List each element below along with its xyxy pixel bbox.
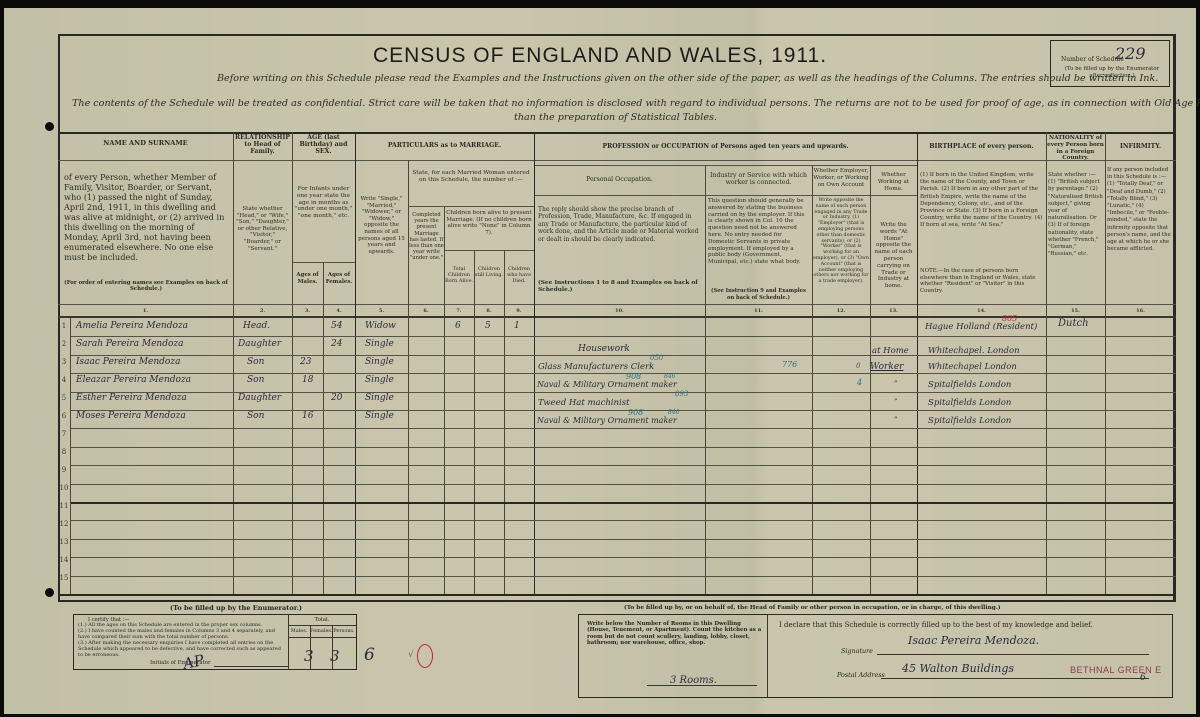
row-rule [70,392,1176,393]
row-number: 3 [58,358,70,366]
row-number: 8 [58,448,70,456]
col-number: 12. [812,308,870,314]
row6-birthplace[interactable]: Spitalfields London [928,416,1011,426]
col11-instructions: This question should generally be answer… [708,198,809,266]
row4-age-male[interactable]: 18 [302,375,313,385]
col-number: 14. [917,308,1046,314]
row-rule [70,576,1176,577]
row6-age-male[interactable]: 16 [302,411,313,421]
married-woman-subrule [408,206,534,207]
header-bottom-rule [58,304,1176,305]
row-number: 4 [58,376,70,384]
row5-marriage[interactable]: Single [365,393,394,403]
address-line [881,678,1149,679]
row-number: 5 [58,394,70,402]
row3-age-male[interactable]: 23 [300,357,311,367]
signature-label: Signature [841,647,873,655]
col3-heading: AGE (last Birthday) and SEX. [292,134,355,156]
occupier-divider [767,615,768,697]
row5-age-female[interactable]: 20 [331,393,342,403]
row-number: 7 [58,430,70,438]
subtitle-confidential: The contents of the Schedule will be tre… [72,98,1200,109]
col-divider [233,132,234,594]
row3-occupation-code: 050 [650,354,663,362]
col6-instructions: Completed years the present Marriage has… [409,212,444,262]
row6-occupation-code-2: 846 [668,409,679,416]
row3-employer-code: 0 [856,362,860,370]
col3-instructions: For Infants under one year state the age… [294,186,353,220]
enumerator-heading: (To be filled up by the Enumerator.) [170,604,302,612]
married-woman-group: State, for each Married Woman entered on… [410,170,532,184]
schedule-number-value[interactable]: 229 [1115,44,1146,63]
declaration: I declare that this Schedule is correctl… [779,621,1093,629]
row4-occupation[interactable]: Naval & Military Ornament maker [537,380,677,389]
row2-marriage[interactable]: Single [365,339,394,349]
col-number: 2. [233,308,292,314]
col-number: 13. [870,308,917,314]
col-number: 7. [444,308,474,314]
row3-birthplace[interactable]: Whitechapel London [928,362,1017,372]
check-mark-icon: √ [408,650,414,660]
row-number: 6 [58,412,70,420]
occupation-subrule [534,165,917,166]
row3-employer-worker[interactable]: Worker [870,362,903,372]
row1-birthplace[interactable]: Hague Holland (Resident) [925,322,1037,332]
col7-instructions: Total Children Born Alive. [444,266,474,284]
total-persons[interactable]: 6 [364,645,375,665]
total-rule [288,625,356,626]
row-number: 2 [58,340,70,348]
row-number: 15 [58,574,70,582]
row6-occupation[interactable]: Naval & Military Ornament maker [537,416,677,425]
row6-occupation-code: 908 [628,408,643,417]
schedule-number-note: (To be filled up by the Enumerator after… [1059,66,1165,79]
col10-heading: PROFESSION or OCCUPATION of Persons aged… [534,143,917,150]
col-divider [917,132,918,594]
col13-instructions: Write the words "At Home" opposite the n… [871,222,916,290]
row6-relationship[interactable]: Son [247,411,264,421]
row4-employer-code: 4 [857,378,862,387]
row-number: 1 [58,322,70,330]
row-number: 10 [58,484,70,492]
col-divider [355,132,356,594]
row1-relationship[interactable]: Head. [243,321,270,331]
total-females[interactable]: 3 [330,647,340,665]
row-rule [70,465,1176,466]
col-number: 4. [323,308,355,314]
row1-born-alive[interactable]: 6 [455,321,461,331]
col-number: 9. [504,308,534,314]
col-divider [504,250,505,594]
col-divider [474,250,475,594]
persons-label: Persons. [332,628,356,634]
initials-line [214,666,288,667]
table-bottom-rule [58,594,1176,596]
col-divider [1046,132,1047,594]
row-rule [70,373,1176,374]
row3-relationship[interactable]: Son [247,357,264,367]
col-number: 10. [534,308,705,314]
col11-sub: Industry or Service with which worker is… [707,172,810,186]
row4-birthplace[interactable]: Spitalfields London [928,380,1011,390]
row-rule [70,447,1176,448]
row2-age-female[interactable]: 24 [331,339,342,349]
total-rule [288,637,356,638]
occupier-heading: (To be filled up by, or on behalf of, th… [624,605,1001,611]
col10-note: (See Instructions 1 to 8 and Examples on… [538,280,701,294]
row-number: 14 [58,556,70,564]
col10-sub: Personal Occupation. [534,176,705,183]
row-rule [70,484,1176,485]
col-divider [534,132,535,594]
row6-employer-worker[interactable]: ” [894,416,898,424]
row1-nationality[interactable]: Dutch [1058,318,1089,329]
subtitle-instructions: Before writing on this Schedule please r… [217,73,1158,84]
col-number: 6. [408,308,444,314]
row4-relationship[interactable]: Son [247,375,264,385]
col14-note: NOTE.—In the case of persons born elsewh… [920,268,1044,294]
col12-sub: Whether Employer, Worker, or Working on … [812,168,870,188]
col-divider [444,206,445,594]
enumerator-box: I certify that :— (1.) All the ages on t… [73,614,357,670]
col10-instructions: The reply should show the precise branch… [538,206,701,243]
col13-sub: Whether Working at Home. [870,172,917,192]
col-number: 3. [292,308,323,314]
row2-birthplace[interactable]: Whitechapel. London [928,346,1020,356]
row6-name[interactable]: Moses Pereira Mendoza [76,411,186,421]
row-number: 11 [58,502,70,510]
row2-at-home[interactable]: at Home [872,346,909,356]
punch-hole [45,122,54,131]
row5-name[interactable]: Esther Pereira Mendoza [76,393,187,403]
col14-heading: BIRTHPLACE of every person. [917,143,1046,150]
col1-heading: NAME AND SURNAME [58,140,233,147]
row5-relationship[interactable]: Daughter [238,393,281,403]
row-number-divider [70,318,71,594]
col-divider [1105,132,1106,594]
row2-name[interactable]: Sarah Pereira Mendoza [76,339,184,349]
col16-instructions: If any person included in this Schedule … [1107,167,1171,253]
row-rule [70,410,1176,411]
col16-heading: INFIRMITY. [1105,143,1176,150]
females-label: Females. [310,628,332,634]
row5-occupation[interactable]: Tweed Hat machinist [538,398,630,408]
col4-sub: Ages of Females. [323,272,355,286]
header-top-rule [58,132,1176,134]
row-rule [70,336,1176,337]
col9-instructions: Children who have Died. [504,266,534,284]
total-label: Total. [288,617,356,623]
subtitle-statistical: than the preparation of Statistical Tabl… [514,112,717,123]
signature-value[interactable]: Isaac Pereira Mendoza. [908,634,1039,647]
col12-instructions: Write opposite the name of each person e… [813,198,869,285]
col3-sub: Ages of Males. [292,272,323,286]
row2-occupation[interactable]: Housework [578,344,630,354]
row3-name[interactable]: Isaac Pereira Mendoza [76,357,180,367]
row4-occupation-code: 908 [626,372,641,381]
row-number: 13 [58,538,70,546]
address-mark: 6 [1140,673,1146,683]
row1-birthplace-code: 805 [1002,314,1017,323]
children-subrule [444,250,534,251]
row1-died[interactable]: 1 [514,321,520,331]
row-number: 12 [58,520,70,528]
row4-name[interactable]: Eleazar Pereira Mendoza [76,375,191,385]
occupation-subrule-2 [534,195,917,196]
males-label: Males. [288,628,310,634]
row6-marriage[interactable]: Single [365,411,394,421]
total-males[interactable]: 3 [304,647,314,665]
row3-occupation[interactable]: Glass Manufacturers Clerk [538,362,654,372]
col-number: 11. [705,308,812,314]
total-divider [288,615,289,669]
col-number: 15. [1046,308,1105,314]
row3-marriage[interactable]: Single [365,357,394,367]
red-circle-mark-icon [417,644,433,668]
occupier-box: Write below the Number of Rooms in this … [578,614,1173,698]
col1-note: (For order of entering names see Example… [64,280,228,292]
rooms-instruction: Write below the Number of Rooms in this … [587,621,762,647]
col-number: 5. [355,308,408,314]
row2-relationship[interactable]: Daughter [238,339,281,349]
header-rule [58,160,1176,161]
certify-item-2: (2.) I have counted the males and female… [78,629,286,641]
col-divider [292,132,293,594]
row4-occupation-code-2: 846 [664,373,675,380]
row5-birthplace[interactable]: Spitalfields London [928,398,1011,408]
row1-living[interactable]: 5 [485,321,491,331]
row-number: 9 [58,466,70,474]
row-rule [70,502,1176,504]
schedule-number-box: Number of Schedule 229 (To be filled up … [1050,40,1170,87]
address-label: Postal Address [837,671,885,679]
col15-instructions: State whether :— (1) "British subject by… [1048,172,1103,258]
col2-instructions: State whether "Head," or "Wife," "Son," … [235,206,290,252]
col14-instructions: (1) If born in the United Kingdom, write… [920,172,1044,230]
col2-heading: RELATIONSHIP to Head of Family. [233,134,292,156]
col-number: 16. [1105,308,1176,314]
row1-marriage[interactable]: Widow [365,321,396,331]
col-number: 8. [474,308,504,314]
col8-instructions: Children still Living. [474,266,504,278]
col-divider [705,165,706,594]
row1-age-female[interactable]: 54 [331,321,342,331]
row3-industry-code: 776 [782,360,797,369]
row4-employer-worker[interactable]: ” [894,380,898,388]
row5-occupation-code: 893 [675,390,688,398]
row5-employer-worker[interactable]: ” [894,398,898,406]
children-group: Children born alive to present Marriage.… [446,210,532,236]
col5-heading: PARTICULARS as to MARRIAGE. [355,142,534,149]
col15-heading: NATIONALITY of every Person born in a Fo… [1046,135,1105,162]
row4-marriage[interactable]: Single [365,375,394,385]
punch-hole [45,588,54,597]
row-rule [70,520,1176,521]
col5-instructions: Write "Single," "Married," "Widower," or… [357,196,406,255]
col11-note: (See Instruction 9 and Examples on back … [708,288,809,302]
postal-address-value[interactable]: 45 Walton Buildings [902,662,1014,675]
row-rule [70,557,1176,558]
row1-name[interactable]: Amelia Pereira Mendoza [76,321,188,331]
row-rule [70,428,1176,429]
col1-instructions: of every Person, whether Member of Famil… [64,172,228,262]
signature-line [877,654,1149,655]
row-rule [70,539,1176,540]
page-title: CENSUS OF ENGLAND AND WALES, 1911. [0,44,1200,68]
col-number: 1. [58,308,233,314]
rooms-value[interactable]: 3 Rooms. [670,675,717,686]
bethnal-green-stamp: BETHNAL GREEN E [1070,665,1162,675]
